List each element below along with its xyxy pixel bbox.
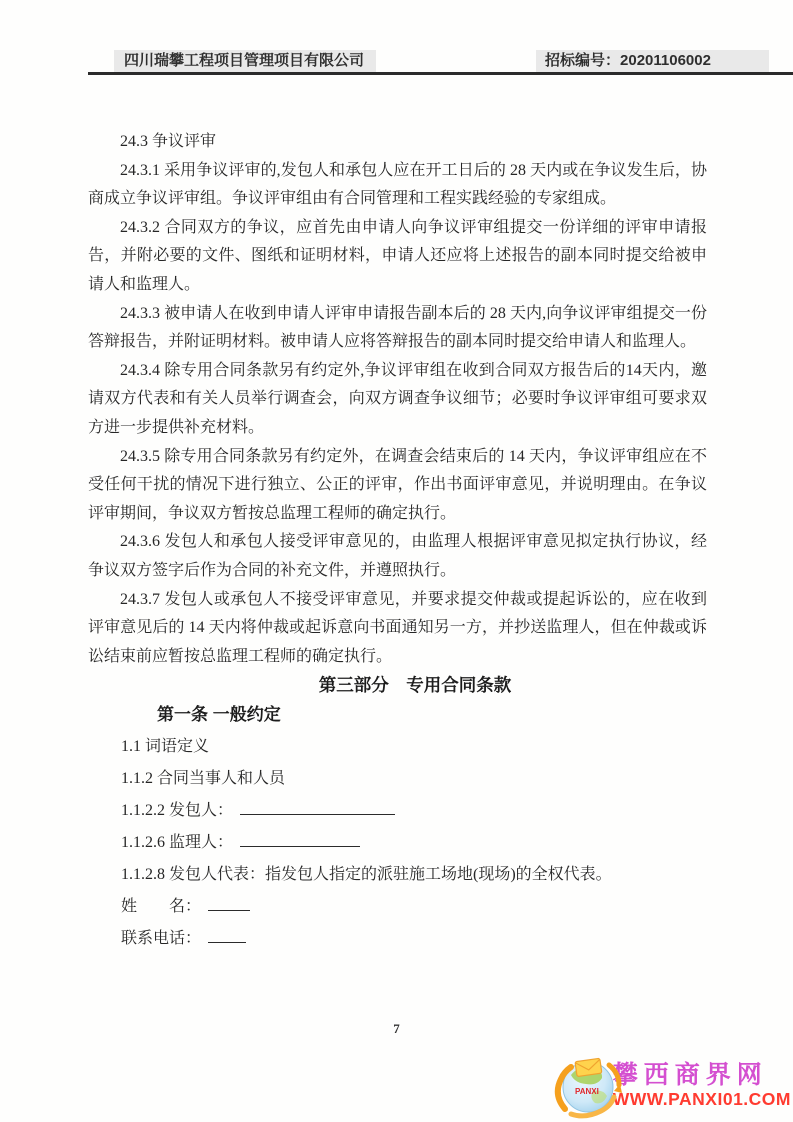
clause-24-3-3: 24.3.3 被申请人在收到申请人评审申请报告副本后的 28 天内,向争议评审组… <box>88 300 707 357</box>
item-phone: 联系电话： <box>88 923 707 955</box>
clause-24-3-2: 24.3.2 合同双方的争议，应首先由申请人向争议评审组提交一份详细的评审申请报… <box>88 214 707 300</box>
item-employer: 1.1.2.2 发包人： <box>88 795 707 827</box>
panxi-globe-icon: PANXI <box>551 1051 627 1119</box>
definitions-list: 1.1 词语定义 1.1.2 合同当事人和人员 1.1.2.2 发包人： 1.1… <box>88 731 707 955</box>
document-page: 四川瑞攀工程项目管理项目有限公司 招标编号：20201106002 24.3 争… <box>0 0 793 1122</box>
contract-body: 24.3 争议评审 24.3.1 采用争议评审的,发包人和承包人应在开工日后的 … <box>88 128 707 955</box>
page-number: 7 <box>0 1021 793 1037</box>
page-header: 四川瑞攀工程项目管理项目有限公司 招标编号：20201106002 <box>88 49 793 75</box>
clause-24-3-4: 24.3.4 除专用合同条款另有约定外,争议评审组在收到合同双方报告后的14天内… <box>88 357 707 443</box>
item-representative: 1.1.2.8 发包人代表：指发包人指定的派驻施工场地(现场)的全权代表。 <box>88 859 707 891</box>
phone-label: 联系电话： <box>121 930 201 947</box>
employer-blank-field <box>240 799 395 815</box>
name-label: 姓 名： <box>121 898 201 915</box>
supervisor-label: 1.1.2.6 监理人： <box>121 834 233 851</box>
bid-number-label: 招标编号： <box>545 52 620 69</box>
panxi-watermark: PANXI 攀西商界网 WWW.PANXI01.COM <box>551 1051 791 1119</box>
employer-label: 1.1.2.2 发包人： <box>121 802 233 819</box>
clause-24-3-1: 24.3.1 采用争议评审的,发包人和承包人应在开工日后的 28 天内或在争议发… <box>88 157 707 214</box>
item-supervisor: 1.1.2.6 监理人： <box>88 827 707 859</box>
clause-24-3-7: 24.3.7 发包人或承包人不接受评审意见，并要求提交仲裁或提起诉讼的，应在收到… <box>88 586 707 672</box>
watermark-text: 攀西商界网 WWW.PANXI01.COM <box>613 1062 791 1109</box>
item-parties: 1.1.2 合同当事人和人员 <box>88 763 707 795</box>
header-company-name: 四川瑞攀工程项目管理项目有限公司 <box>114 50 376 72</box>
panxi-logo-text: PANXI <box>575 1087 599 1096</box>
supervisor-blank-field <box>240 831 360 847</box>
clause-24-3-5: 24.3.5 除专用合同条款另有约定外，在调查会结束后的 14 天内，争议评审组… <box>88 443 707 529</box>
item-name: 姓 名： <box>88 891 707 923</box>
item-terms: 1.1 词语定义 <box>88 731 707 763</box>
clause-24-3: 24.3 争议评审 <box>88 128 707 157</box>
watermark-site-url: WWW.PANXI01.COM <box>613 1089 791 1109</box>
header-bid-number: 招标编号：20201106002 <box>536 50 769 72</box>
phone-blank-field <box>208 927 246 943</box>
clause-24-3-6: 24.3.6 发包人和承包人接受评审意见的，由监理人根据评审意见拟定执行协议，经… <box>88 528 707 585</box>
watermark-site-name: 攀西商界网 <box>613 1062 768 1089</box>
part-three-heading: 第三部分 专用合同条款 <box>88 671 707 700</box>
clause-one-heading: 第一条 一般约定 <box>88 700 707 729</box>
name-blank-field <box>208 895 250 911</box>
bid-number-value: 20201106002 <box>620 52 711 69</box>
